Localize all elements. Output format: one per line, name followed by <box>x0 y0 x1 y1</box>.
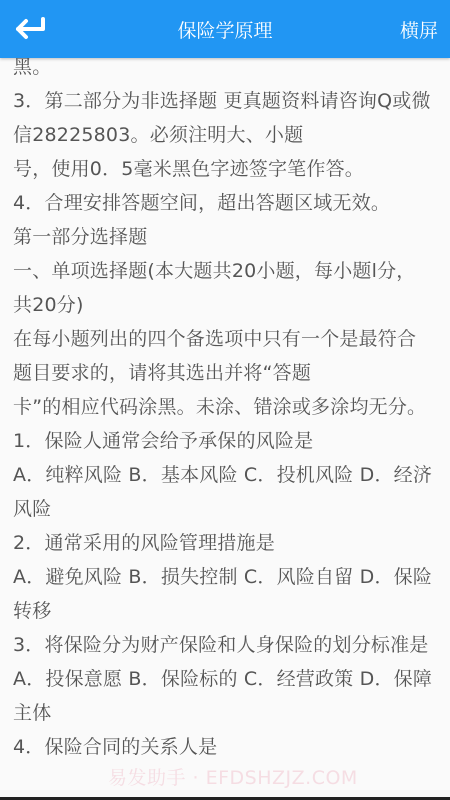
text-line: 共20分) <box>13 288 445 322</box>
question-4: 4．保险合同的关系人是 <box>13 730 445 764</box>
watermark: 易发助手 · EFDSHZJZ.COM <box>108 763 358 790</box>
text-line: 一、单项选择题(本大题共20小题，每小题l分， <box>13 254 445 288</box>
question-2-options: A．避免风险 B．损失控制 C．风险自留 D．保险 <box>13 560 445 594</box>
text-line: 3．第二部分为非选择题 更真题资料请咨询Q或微 <box>13 84 445 118</box>
question-3: 3．将保险分为财产保险和人身保险的划分标准是 <box>13 628 445 662</box>
document-text: 黑。 3．第二部分为非选择题 更真题资料请咨询Q或微 信28225803。必须注… <box>13 58 445 764</box>
question-3-options: A．投保意愿 B．保险标的 C．经营政策 D．保障 <box>13 662 445 696</box>
page-title: 保险学原理 <box>0 0 450 58</box>
landscape-toggle-button[interactable]: 横屏 <box>400 0 438 58</box>
text-line: 黑。 <box>13 58 445 84</box>
text-line: 题目要求的，请将其选出并将“答题 <box>13 356 445 390</box>
text-line: 4．合理安排答题空间，超出答题区域无效。 <box>13 186 445 220</box>
text-line: 卡”的相应代码涂黑。未涂、错涂或多涂均无分。 <box>13 390 445 424</box>
question-3-options-cont: 主体 <box>13 696 445 730</box>
question-1-options: A．纯粹风险 B．基本风险 C．投机风险 D．经济 <box>13 458 445 492</box>
text-line: 号，使用0．5毫米黑色字迹签字笔作答。 <box>13 152 445 186</box>
app-header: 保险学原理 横屏 <box>0 0 450 58</box>
text-line: 信28225803。必须注明大、小题 <box>13 118 445 152</box>
question-2: 2．通常采用的风险管理措施是 <box>13 526 445 560</box>
section-heading: 第一部分选择题 <box>13 220 445 254</box>
question-1: 1．保险人通常会给予承保的风险是 <box>13 424 445 458</box>
question-1-options-cont: 风险 <box>13 492 445 526</box>
text-line: 在每小题列出的四个备选项中只有一个是最符合 <box>13 322 445 356</box>
document-content[interactable]: 黑。 3．第二部分为非选择题 更真题资料请咨询Q或微 信28225803。必须注… <box>0 58 450 800</box>
question-2-options-cont: 转移 <box>13 594 445 628</box>
